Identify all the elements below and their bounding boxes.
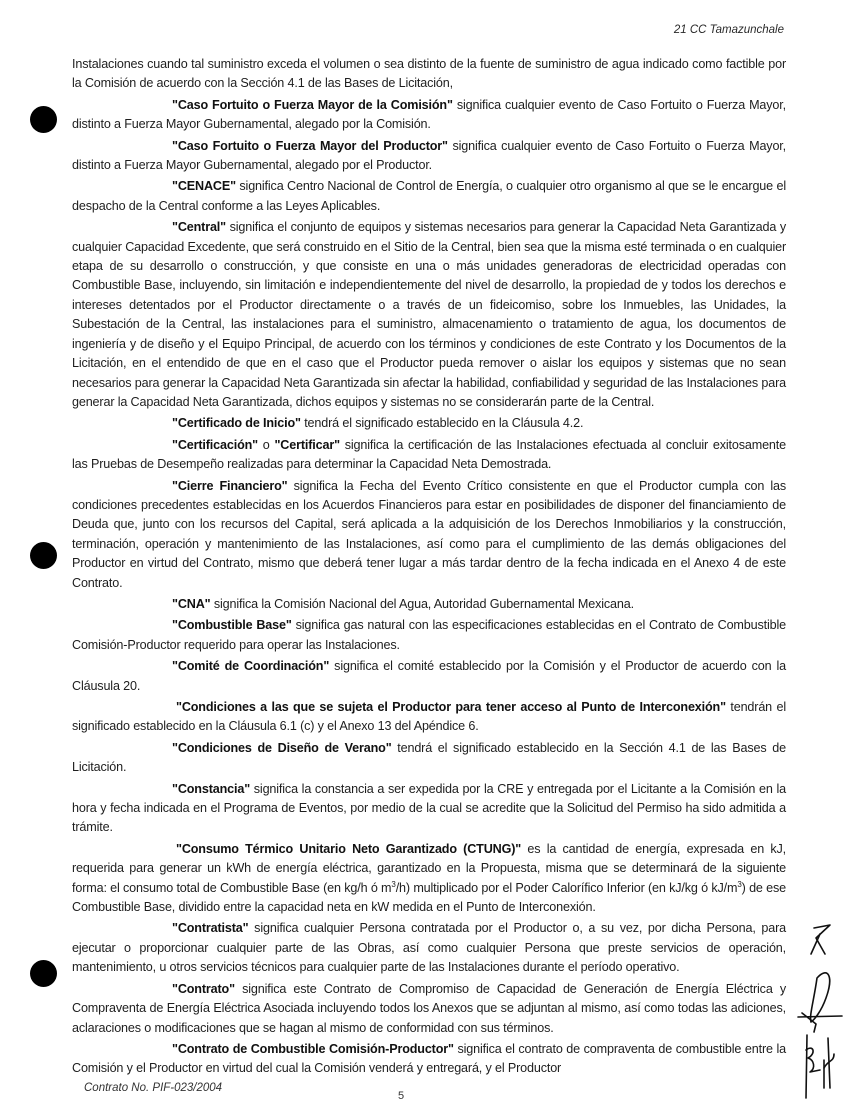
definition-central: "Central" significa el conjunto de equip… (72, 218, 786, 412)
defined-term: "CENACE" (172, 179, 236, 193)
definition-text: significa el conjunto de equipos y siste… (72, 220, 786, 409)
defined-term: "Condiciones a las que se sujeta el Prod… (176, 700, 726, 714)
definition-cna: "CNA" significa la Comisión Nacional del… (72, 595, 786, 614)
defined-term: "Contrato de Combustible Comisión-Produc… (172, 1042, 454, 1056)
defined-term: "Constancia" (172, 782, 250, 796)
definition-text-part-b: /h) multiplicado por el Poder Calorífico… (396, 881, 738, 895)
definition-cierre-financiero: "Cierre Financiero" significa la Fecha d… (72, 477, 786, 593)
contract-number: Contrato No. PIF-023/2004 (84, 1082, 222, 1094)
page-number: 5 (398, 1090, 404, 1102)
definition-cenace: "CENACE" significa Centro Nacional de Co… (72, 177, 786, 216)
defined-term: "Certificación" (172, 438, 258, 452)
punch-hole-bottom (30, 960, 57, 987)
definition-caso-fortuito-productor: "Caso Fortuito o Fuerza Mayor del Produc… (72, 137, 786, 176)
definition-caso-fortuito-comision: "Caso Fortuito o Fuerza Mayor de la Comi… (72, 96, 786, 135)
defined-term: "CNA" (172, 597, 210, 611)
defined-term: "Cierre Financiero" (172, 479, 288, 493)
definition-ctung: "Consumo Térmico Unitario Neto Garantiza… (72, 840, 786, 918)
defined-term: "Contrato" (172, 982, 235, 996)
definition-certificado-de-inicio: "Certificado de Inicio" tendrá el signif… (72, 414, 786, 433)
defined-term: "Comité de Coordinación" (172, 659, 329, 673)
definition-text: significa la Comisión Nacional del Agua,… (210, 597, 633, 611)
defined-term: "Combustible Base" (172, 618, 292, 632)
punch-hole-top (30, 106, 57, 133)
defined-term: "Caso Fortuito o Fuerza Mayor de la Comi… (172, 98, 453, 112)
definition-condiciones-acceso-interconexion: "Condiciones a las que se sujeta el Prod… (72, 698, 786, 737)
defined-term: "Condiciones de Diseño de Verano" (172, 741, 392, 755)
definition-contrato: "Contrato" significa este Contrato de Co… (72, 980, 786, 1038)
paragraph-continuation: Instalaciones cuando tal suministro exce… (72, 55, 786, 94)
body-text: Instalaciones cuando tal suministro exce… (72, 55, 786, 1081)
definition-certificacion: "Certificación" o "Certificar" significa… (72, 436, 786, 475)
definition-comite-de-coordinacion: "Comité de Coordinación" significa el co… (72, 657, 786, 696)
definition-condiciones-diseno-verano: "Condiciones de Diseño de Verano" tendrá… (72, 739, 786, 778)
definition-text: tendrá el significado establecido en la … (301, 416, 583, 430)
handwritten-initials-signature (776, 920, 846, 1114)
definition-contratista: "Contratista" significa cualquier Person… (72, 919, 786, 977)
defined-term: "Caso Fortuito o Fuerza Mayor del Produc… (172, 139, 448, 153)
definition-text: significa la Fecha del Evento Crítico co… (72, 479, 786, 590)
defined-term: "Central" (172, 220, 226, 234)
document-page: 21 CC Tamazunchale Instalaciones cuando … (0, 0, 846, 1114)
defined-term: "Certificado de Inicio" (172, 416, 301, 430)
definition-constancia: "Constancia" significa la constancia a s… (72, 780, 786, 838)
definition-contrato-combustible: "Contrato de Combustible Comisión-Produc… (72, 1040, 786, 1079)
punch-hole-middle (30, 542, 57, 569)
connector-text: o (258, 438, 275, 452)
defined-term-alt: "Certificar" (274, 438, 339, 452)
running-header: 21 CC Tamazunchale (674, 24, 784, 36)
defined-term: "Consumo Térmico Unitario Neto Garantiza… (176, 842, 521, 856)
paragraph-text: Instalaciones cuando tal suministro exce… (72, 57, 786, 90)
definition-combustible-base: "Combustible Base" significa gas natural… (72, 616, 786, 655)
defined-term: "Contratista" (172, 921, 248, 935)
